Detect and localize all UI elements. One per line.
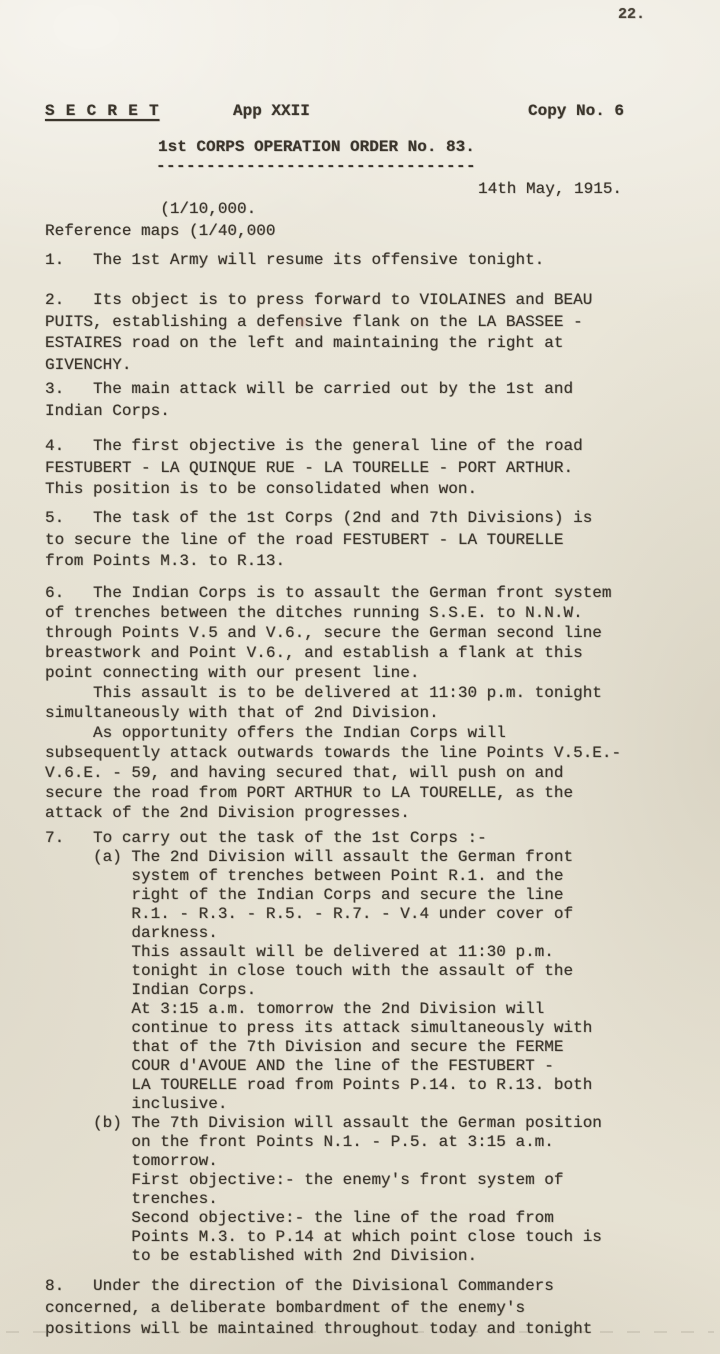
paragraph-1: 1. The 1st Army will resume its offensiv… — [45, 250, 544, 272]
title-underline-rule: -------------------------------- — [156, 156, 476, 178]
classification-label: S E C R E T — [45, 101, 159, 123]
page-number: 22. — [618, 4, 645, 26]
paragraph-3: 3. The main attack will be carried out b… — [45, 379, 573, 422]
copy-number: Copy No. 6 — [528, 101, 624, 123]
paragraph-4: 4. The first objective is the general li… — [45, 436, 583, 501]
appendix-reference: App XXII — [233, 101, 310, 123]
document-date: 14th May, 1915. — [478, 179, 622, 201]
scan-artifact-line — [6, 1331, 714, 1333]
paragraph-2: 2. Its object is to press forward to VIO… — [45, 290, 592, 376]
paragraph-7: 7. To carry out the task of the 1st Corp… — [45, 829, 602, 1266]
reference-maps: (1/10,000. Reference maps (1/40,000 — [45, 199, 275, 242]
paragraph-6: 6. The Indian Corps is to assault the Ge… — [45, 583, 621, 823]
paper-stain — [294, 316, 310, 329]
paragraph-5: 5. The task of the 1st Corps (2nd and 7t… — [45, 508, 592, 573]
operation-order-document: 22. S E C R E T App XXII Copy No. 6 1st … — [0, 0, 720, 1354]
